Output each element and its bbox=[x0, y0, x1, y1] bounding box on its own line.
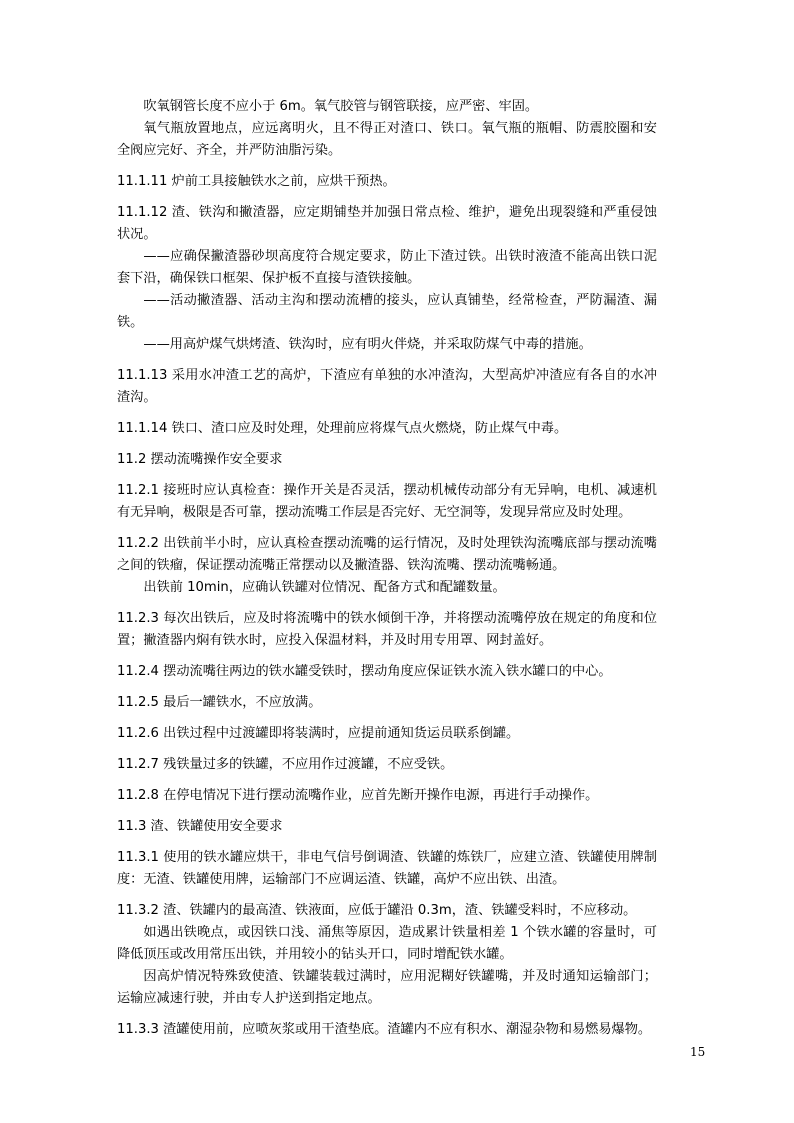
paragraph-oxygen-bottle: 氧气瓶放置地点，应远离明火，且不得正对渣口、铁口。氧气瓶的瓶帽、防震胶圈和安全阀… bbox=[117, 118, 657, 162]
clause-11-2-4: 11.2.4 摆动流嘴往两边的铁水罐受铁时，摆动角度应保证铁水流入铁水罐口的中心… bbox=[117, 661, 657, 683]
clause-11-2-6: 11.2.6 出铁过程中过渡罐即将装满时，应提前通知货运员联系倒罐。 bbox=[117, 723, 657, 745]
paragraph-oxygen-pipe: 吹氧钢管长度不应小于 6m。氧气胶管与钢管联接，应严密、牢固。 bbox=[117, 96, 657, 118]
paragraph-late-tapping: 如遇出铁晚点，或因铁口浅、涌焦等原因，造成累计铁量相差 1 个铁水罐的容量时，可… bbox=[117, 922, 657, 966]
clause-11-1-13: 11.1.13 采用水冲渣工艺的高炉，下渣应有单独的水冲渣沟，大型高炉冲渣应有各… bbox=[117, 365, 657, 409]
bullet-skimmer-dam: ——应确保撇渣器砂坝高度符合规定要求，防止下渣过铁。出铁时液渣不能高出铁口泥套下… bbox=[117, 246, 657, 290]
clause-11-1-14: 11.1.14 铁口、渣口应及时处理，处理前应将煤气点火燃烧，防止煤气中毒。 bbox=[117, 418, 657, 440]
page-number: 15 bbox=[690, 1045, 705, 1059]
clause-11-1-12: 11.1.12 渣、铁沟和撇渣器，应定期铺垫并加强日常点检、维护，避免出现裂缝和… bbox=[117, 202, 657, 246]
paragraph-before-tapping: 出铁前 10min，应确认铁罐对位情况、配备方式和配罐数量。 bbox=[117, 577, 657, 599]
clause-11-3-2: 11.3.2 渣、铁罐内的最高渣、铁液面，应低于罐沿 0.3m，渣、铁罐受料时，… bbox=[117, 900, 657, 922]
clause-11-3-3: 11.3.3 渣罐使用前，应喷灰浆或用干渣垫底。渣罐内不应有积水、潮湿杂物和易燃… bbox=[117, 1019, 657, 1041]
document-page: 吹氧钢管长度不应小于 6m。氧气胶管与钢管联接，应严密、牢固。 氧气瓶放置地点，… bbox=[0, 0, 794, 1123]
section-heading-11-3: 11.3 渣、铁罐使用安全要求 bbox=[117, 816, 657, 838]
paragraph-overfull-ladle: 因高炉情况特殊致使渣、铁罐装载过满时，应用泥糊好铁罐嘴，并及时通知运输部门；运输… bbox=[117, 966, 657, 1010]
clause-11-2-5: 11.2.5 最后一罐铁水，不应放满。 bbox=[117, 692, 657, 714]
page-body: 吹氧钢管长度不应小于 6m。氧气胶管与钢管联接，应严密、牢固。 氧气瓶放置地点，… bbox=[117, 96, 657, 1041]
clause-11-2-2: 11.2.2 出铁前半小时，应认真检查摆动流嘴的运行情况，及时处理铁沟流嘴底部与… bbox=[117, 533, 657, 577]
clause-11-1-11: 11.1.11 炉前工具接触铁水之前，应烘干预热。 bbox=[117, 171, 657, 193]
bullet-gas-baking: ——用高炉煤气烘烤渣、铁沟时，应有明火伴烧，并采取防煤气中毒的措施。 bbox=[117, 334, 657, 356]
clause-11-2-3: 11.2.3 每次出铁后，应及时将流嘴中的铁水倾倒干净，并将摆动流嘴停放在规定的… bbox=[117, 608, 657, 652]
section-heading-11-2: 11.2 摆动流嘴操作安全要求 bbox=[117, 449, 657, 471]
clause-11-2-7: 11.2.7 残铁量过多的铁罐，不应用作过渡罐，不应受铁。 bbox=[117, 754, 657, 776]
clause-11-3-1: 11.3.1 使用的铁水罐应烘干，非电气信号倒调渣、铁罐的炼铁厂，应建立渣、铁罐… bbox=[117, 847, 657, 891]
bullet-movable-skimmer: ——活动撇渣器、活动主沟和摆动流槽的接头，应认真铺垫，经常检查，严防漏渣、漏铁。 bbox=[117, 290, 657, 334]
clause-11-2-1: 11.2.1 接班时应认真检查：操作开关是否灵活，摆动机械传动部分有无异响，电机… bbox=[117, 480, 657, 524]
clause-11-2-8: 11.2.8 在停电情况下进行摆动流嘴作业，应首先断开操作电源，再进行手动操作。 bbox=[117, 785, 657, 807]
